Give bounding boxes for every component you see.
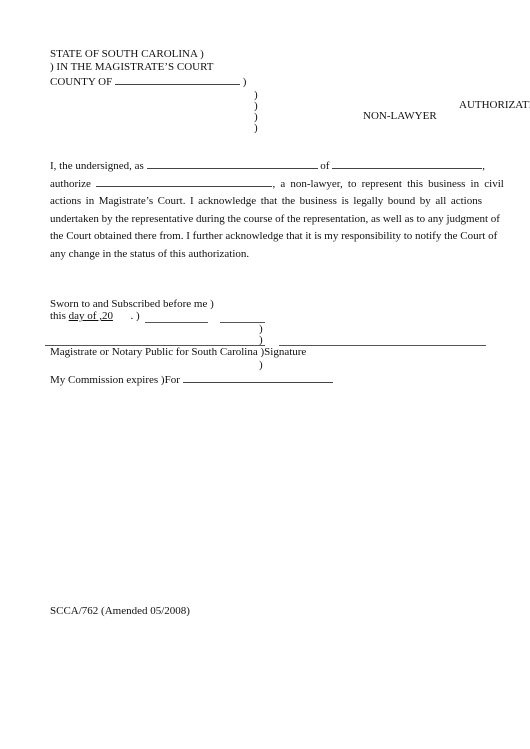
body-line-4: undertaken by the representative during … <box>50 211 482 229</box>
authorization-paragraph: I, the undersigned, as of , authorize , … <box>50 158 482 263</box>
form-subtitle: NON-LAWYER <box>363 110 437 123</box>
caption-state: STATE OF SOUTH CAROLINA ) <box>50 48 204 61</box>
business-field[interactable] <box>332 158 482 169</box>
body-line-3: actions in Magistrate’s Court. I acknowl… <box>50 193 482 211</box>
capacity-field[interactable] <box>147 158 318 169</box>
form-number: SCCA/762 (Amended 05/2008) <box>50 605 190 618</box>
body-line-6: any change in the status of this authori… <box>50 246 482 264</box>
for-field[interactable] <box>183 372 333 383</box>
county-label: COUNTY OF <box>50 76 112 88</box>
jurat-paren-3: ) <box>259 359 263 372</box>
caption-county: COUNTY OF ) <box>50 74 246 89</box>
caption-court: ) IN THE MAGISTRATE’S COURT <box>50 61 214 74</box>
jurat-date-line: this day of ,20 . ) <box>50 310 140 323</box>
magistrate-label: Magistrate or Notary Public for South Ca… <box>50 346 306 359</box>
body-line-1: I, the undersigned, as of , <box>50 158 482 176</box>
jurat-blank-1[interactable] <box>145 322 208 323</box>
representative-field[interactable] <box>96 176 272 187</box>
signature-line[interactable] <box>279 345 486 346</box>
commission-line: My Commission expires )For <box>50 372 333 387</box>
county-field[interactable] <box>115 74 240 85</box>
county-close-paren: ) <box>243 76 247 88</box>
body-line-5: the Court obtained there from. I further… <box>50 228 482 246</box>
day-of[interactable]: day of ,20 <box>69 310 113 322</box>
form-title: AUTHORIZATI <box>459 99 530 112</box>
body-line-2: authorize , a non-lawyer, to represent t… <box>50 176 482 194</box>
caption-paren-4: ) <box>254 122 258 135</box>
